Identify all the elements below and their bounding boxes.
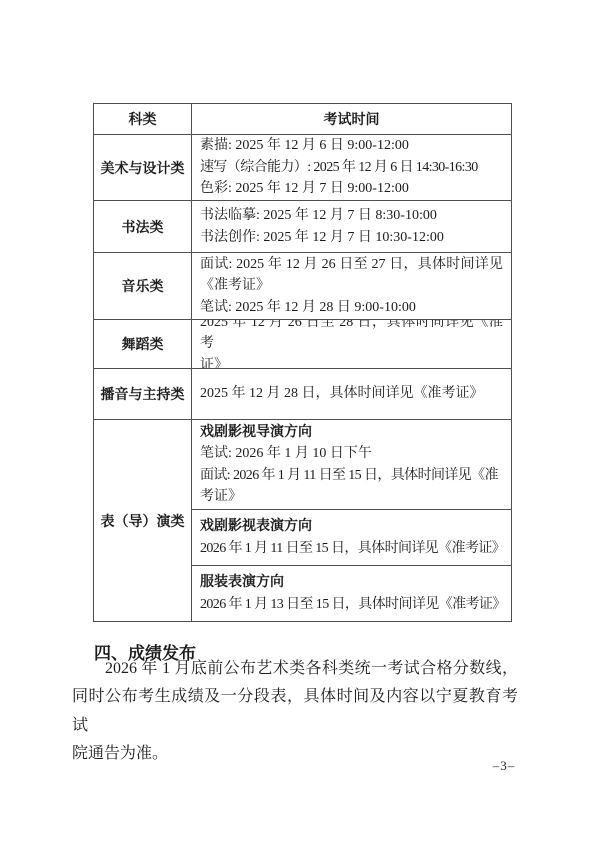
sub-block-drama-acting: 戏剧影视表演方向 2026 年 1 月 11 日至 15 日，具体时间详见《准考… [192,509,511,565]
exam-time-cell: 戏剧影视导演方向 笔试: 2026 年 1 月 10 日下午 面试: 2026 … [192,420,511,621]
category-cell: 播音与主持类 [94,369,192,419]
category-cell: 美术与设计类 [94,135,192,200]
exam-schedule-table: 科类 考试时间 美术与设计类 素描: 2025 年 12 月 6 日 9:00-… [93,103,512,622]
exam-time-line: 笔试: 2026 年 1 月 10 日下午 [200,443,503,465]
exam-time-line: 书法临摹: 2025 年 12 月 7 日 8:30-10:00 [200,205,503,227]
paragraph-line: 同时公布考生成绩及一分段表，具体时间及内容以宁夏教育考试 [72,683,518,740]
exam-time-line: 2025 年 12 月 28 日，具体时间详见《准考证》 [200,383,503,405]
category-cell: 舞蹈类 [94,320,192,368]
exam-time-cell: 面试: 2025 年 12 月 26 日至 27 日，具体时间详见 《准考证》 … [192,253,511,319]
table-row-dance: 舞蹈类 2025 年 12 月 26 日至 28 日，具体时间详见《准考 证》 [94,319,511,368]
table-row-art-design: 美术与设计类 素描: 2025 年 12 月 6 日 9:00-12:00 速写… [94,134,511,200]
exam-time-line: 书法创作: 2025 年 12 月 7 日 10:30-12:00 [200,227,503,249]
exam-time-cell: 2025 年 12 月 28 日，具体时间详见《准考证》 [192,369,511,419]
sub-block-fashion-modeling: 服装表演方向 2026 年 1 月 13 日至 15 日，具体时间详见《准考证》 [192,565,511,621]
sub-block-title: 戏剧影视导演方向 [200,422,503,444]
exam-time-cell: 素描: 2025 年 12 月 6 日 9:00-12:00 速写（综合能力）:… [192,135,511,200]
category-cell: 表（导）演类 [94,420,192,621]
table-row-calligraphy: 书法类 书法临摹: 2025 年 12 月 7 日 8:30-10:00 书法创… [94,200,511,252]
score-release-paragraph: 2026 年 1 月底前公布艺术类各科类统一考试合格分数线， 同时公布考生成绩及… [72,655,518,768]
exam-time-line: 2026 年 1 月 13 日至 15 日，具体时间详见《准考证》 [200,594,503,616]
exam-time-line: 笔试: 2025 年 12 月 28 日 9:00-10:00 [200,297,503,319]
exam-time-line: 面试: 2025 年 12 月 26 日至 27 日，具体时间详见 [200,254,503,276]
table-row-music: 音乐类 面试: 2025 年 12 月 26 日至 27 日，具体时间详见 《准… [94,252,511,319]
table-row-performance-directing: 表（导）演类 戏剧影视导演方向 笔试: 2026 年 1 月 10 日下午 面试… [94,419,511,621]
exam-time-line: 2025 年 12 月 26 日至 28 日，具体时间详见《准考 [200,320,503,355]
exam-time-line: 考证》 [200,486,503,508]
exam-time-line: 证》 [200,355,503,368]
document-page: 科类 考试时间 美术与设计类 素描: 2025 年 12 月 6 日 9:00-… [0,0,595,842]
exam-time-line: 素描: 2025 年 12 月 6 日 9:00-12:00 [200,135,503,157]
sub-block-title: 戏剧影视表演方向 [200,516,503,538]
category-cell: 书法类 [94,201,192,252]
table-header-row: 科类 考试时间 [94,104,511,134]
exam-time-line: 色彩: 2025 年 12 月 7 日 9:00-12:00 [200,178,503,200]
page-number: –3– [482,758,526,774]
paragraph-line: 2026 年 1 月底前公布艺术类各科类统一考试合格分数线， [72,655,518,683]
sub-block-title: 服装表演方向 [200,572,503,594]
exam-time-line: 速写（综合能力）: 2025 年 12 月 6 日 14:30-16:30 [200,157,503,179]
sub-block-drama-directing: 戏剧影视导演方向 笔试: 2026 年 1 月 10 日下午 面试: 2026 … [192,420,511,509]
exam-time-line: 2026 年 1 月 11 日至 15 日，具体时间详见《准考证》 [200,538,503,560]
category-cell: 音乐类 [94,253,192,319]
exam-time-cell: 2025 年 12 月 26 日至 28 日，具体时间详见《准考 证》 [192,320,511,368]
table-row-broadcasting: 播音与主持类 2025 年 12 月 28 日，具体时间详见《准考证》 [94,368,511,419]
exam-time-line: 《准考证》 [200,275,503,297]
exam-time-cell: 书法临摹: 2025 年 12 月 7 日 8:30-10:00 书法创作: 2… [192,201,511,252]
paragraph-line: 院通告为准。 [72,740,518,768]
column-header-exam-time: 考试时间 [192,104,511,134]
column-header-category: 科类 [94,104,192,134]
exam-time-line: 面试: 2026 年 1 月 11 日至 15 日，具体时间详见《准 [200,465,503,487]
